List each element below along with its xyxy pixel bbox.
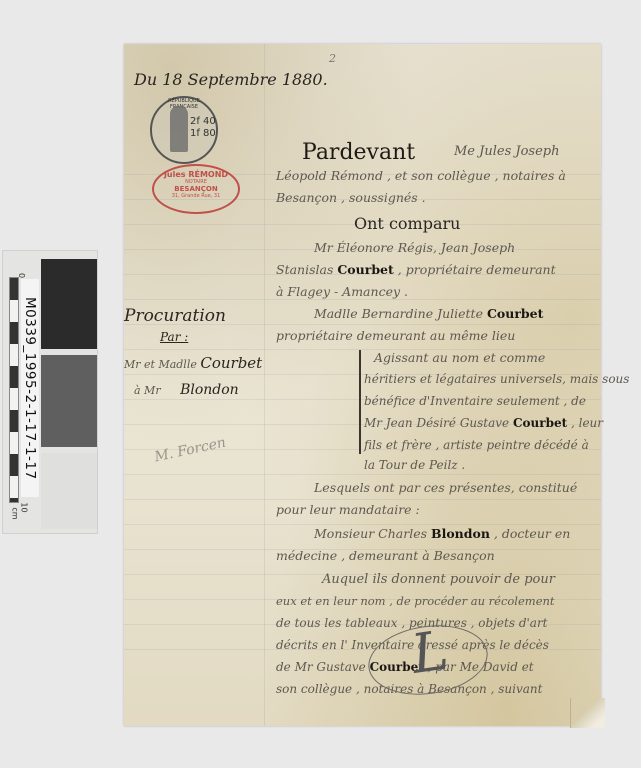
body-line: Mr Jean Désiré Gustave Courbet , leur [364,416,603,430]
seal-address: 31, Grande Rue, 31 [154,193,238,199]
body-line: Lesquels ont par ces présentes, constitu… [314,480,577,495]
margin-line [264,44,265,726]
ruler-end-label: 10 [20,502,29,512]
body-line: Stanislas Courbet , propriétaire demeura… [276,262,556,277]
body-line: à Flagey - Amancey . [276,284,408,299]
bracket-line [359,350,361,454]
paraph-glyph: L [408,618,452,685]
folded-corner [570,698,605,728]
stamp-value-top: 2f 40 [190,116,216,128]
marianne-figure-icon [170,106,188,152]
date-header: Du 18 Septembre 1880. [134,70,328,89]
body-line: Madlle Bernardine Juliette Courbet [314,306,543,321]
notary-seal: Jules RÉMOND NOTAIRE BESANÇON 31, Grande… [152,164,240,214]
body-line: Besançon , soussignés . [276,190,426,205]
catalog-number: M0339_1995-2-1-17-1-17 [22,297,38,480]
body-line: Mr Éléonore Régis, Jean Joseph [314,240,515,255]
folio-mark: 2 [329,52,336,65]
color-scale-target: 0 10 cm M0339_1995-2-1-17-1-17 [2,250,98,534]
margin-blondon: Blondon [180,382,239,398]
body-line: Agissant au nom et comme [374,350,545,365]
black-patch [41,259,97,349]
name-courbet: Courbet [487,306,543,321]
subheading-ont-comparu: Ont comparu [354,214,460,233]
name-blondon: Blondon [431,526,490,541]
body-line: la Tour de Peilz . [364,458,465,472]
body-line: fils et frère , artiste peintre décédé à [364,438,589,452]
name-courbet: Courbet [513,416,567,430]
body-line: pour leur mandataire : [276,502,420,517]
body-line: Léopold Rémond , et son collègue , notai… [276,168,566,183]
revenue-stamp: RÉPUBLIQUE FRANÇAISE 2f 40 1f 80 [150,96,218,164]
heading-pardevant: Pardevant [302,140,415,165]
body-line: eux et en leur nom , de procéder au réco… [276,594,555,608]
body-line: Me Jules Joseph [454,144,559,159]
document-page: Du 18 Septembre 1880. 2 RÉPUBLIQUE FRANÇ… [124,44,601,726]
grey-patch [41,355,97,447]
body-line: héritiers et légataires universels, mais… [364,372,629,386]
light-patch [41,453,97,529]
body-line: bénéfice d'Inventaire seulement , de [364,394,586,408]
cm-ruler [9,277,19,503]
stamp-value-bottom: 1f 80 [190,128,216,140]
margin-parties: Mr et Madlle Courbet [124,354,262,372]
name-courbet: Courbet [337,262,393,277]
margin-agent: à Mr Blondon [134,382,239,398]
margin-par: Par : [160,330,188,344]
margin-title: Procuration [124,306,226,326]
ruler-start-label: 0 [17,273,26,278]
seal-name: Jules RÉMOND [154,170,238,179]
catalog-label: M0339_1995-2-1-17-1-17 [21,279,39,497]
seal-city: BESANÇON [154,185,238,193]
margin-courbet: Courbet [200,354,262,372]
body-line: médecine , demeurant à Besançon [276,548,495,563]
body-line: Auquel ils donnent pouvoir de pour [322,572,555,587]
body-line: Monsieur Charles Blondon , docteur en [314,526,570,541]
ruler-unit-label: cm [11,507,20,519]
body-line: propriétaire demeurant au même lieu [276,328,515,343]
